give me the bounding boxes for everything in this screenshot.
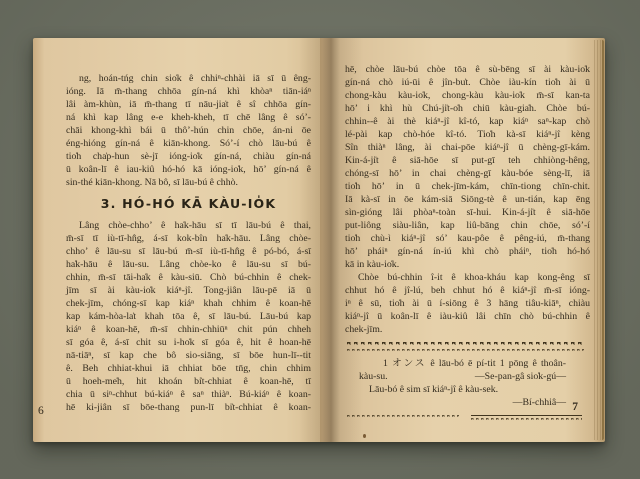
text-line: ng, hoán-tńg chin sio̍k ê chhiⁿ-chhài iā… bbox=[66, 72, 311, 85]
section-heading: 3. HÓ-HÓ KĀ KÀU-IO̍K bbox=[66, 197, 311, 210]
left-paragraph-2: Lâng chòe-chho’ ê ha̍k-hāu sī tī lāu-bú … bbox=[66, 219, 311, 414]
text-line: chia ū siⁿ-chhut bú-kiáⁿ ê saⁿ thiàⁿ. Bú… bbox=[66, 388, 311, 401]
right-paragraph-2: Chòe bú-chhin î-it ê khoa-kháu kap kong-… bbox=[345, 271, 590, 336]
text-line: ū koân-lī ê iau-kiû hó-hó kā ióng-io̍k, … bbox=[66, 163, 311, 176]
divider-segment-left bbox=[347, 415, 459, 421]
text-line: ha̍k-hāu ê lāu-su. Lâng chòe-ko ê lāu-su… bbox=[66, 258, 311, 271]
quote-1-attribution: —Se-pan-gâ sio̍k-gú— bbox=[475, 370, 566, 383]
text-line: kiáⁿ-jî ū koân-lī ê iàu-kiû lâi chīn chò… bbox=[345, 310, 590, 323]
text-line: chhut hó ê jî-lú, beh chhut hó ê kiáⁿ-jî… bbox=[345, 284, 590, 297]
text-line: nā-tiāⁿ, sī kap che bô sio-siāng, sī bōe… bbox=[66, 349, 311, 362]
text-line: hō’ i khì hù Chú-ji̍t-o̍h chiū kàu-gia̍h… bbox=[345, 102, 590, 115]
text-line: chāi khong-khì bái ū thô’-hún chin chōe,… bbox=[66, 124, 311, 137]
text-line: kap kám-hòa-la̍t khah tōa ê, sī lāu-bú. … bbox=[66, 310, 311, 323]
left-page: ng, hoán-tńg chin sio̍k ê chhiⁿ-chhài iā… bbox=[33, 38, 320, 442]
straight-rule bbox=[471, 415, 583, 416]
zigzag-line-thin bbox=[347, 415, 459, 418]
text-line: tio̍h chù-ì kiáⁿ-jî só’ kau-pôe ê pêng-i… bbox=[345, 232, 590, 245]
text-line: chong-kàu kàu-io̍k, chong-kàu kàu-io̍k m… bbox=[345, 89, 590, 102]
text-line: hē ki-jiân sī bōe-thang pun-lī bi̍t-chhi… bbox=[66, 401, 311, 414]
quote-2-attribution: —Bí-chhiâ— bbox=[359, 396, 566, 409]
left-paragraph-1: ng, hoán-tńg chin sio̍k ê chhiⁿ-chhài iā… bbox=[66, 72, 311, 189]
text-line: chhin, m̄-sī tāi-ha̍k ê kàu-siū. Chò bú-… bbox=[66, 271, 311, 284]
text-line: lé-pài kap chò-hóe kî-tó. Tio̍h kà-sī ki… bbox=[345, 128, 590, 141]
text-line: chek-jīm, chóng-sī kap kiáⁿ khah chhim ê… bbox=[66, 297, 311, 310]
text-line: Kin-á-ji̍t ê siā-hōe sī put-gī teh chhiò… bbox=[345, 154, 590, 167]
text-line: lâi àm-khùn, iā m̄-thang tī nāu-jia̍t ê … bbox=[66, 98, 311, 111]
right-page-text-column: hē, chòe lāu-bú chòe tōa ê sù-bēng sī ài… bbox=[320, 38, 605, 442]
text-line: jīm sī ài kàu-io̍k kiáⁿ-jî. Tong-jiân lā… bbox=[66, 284, 311, 297]
zigzag-line-thin bbox=[471, 418, 583, 421]
text-line: sin-thé kiān-khong. Nā bô, sī lāu-bú ê c… bbox=[66, 176, 311, 189]
text-line: gín-ná chò iú-ūi ê jîn-bu̍t. Chòe iàu-kí… bbox=[345, 76, 590, 89]
zigzag-line-thin bbox=[347, 349, 584, 352]
page-number-right: 7 bbox=[572, 401, 578, 414]
left-page-text-column: ng, hoán-tńg chin sio̍k ê chhiⁿ-chhài iā… bbox=[33, 38, 320, 442]
quote-1-line-1: 1 オンス ê lāu-bó ē pí-tit 1 pōng ê thoân- bbox=[359, 357, 566, 370]
text-line: kā in kàu-io̍k. bbox=[345, 258, 590, 271]
text-line: chhin--ê ài thè kiáⁿ-jî kî-tó, kap kiáⁿ … bbox=[345, 115, 590, 128]
text-line: tio̍h hō’ in ū chek-jīm-kám, chīn-tiong … bbox=[345, 180, 590, 193]
text-line: chek-jīm. bbox=[345, 323, 590, 336]
page-edge-stack bbox=[594, 40, 604, 440]
text-line: iⁿ ê sū, tio̍h ài ū í-siōng ê 3 hāng tiâ… bbox=[345, 297, 590, 310]
text-line: put-liông siàu-liân, kap liû-bāng chin c… bbox=[345, 219, 590, 232]
page-number-left: 6 bbox=[38, 405, 44, 418]
photo-backdrop: ng, hoán-tńg chin sio̍k ê chhiⁿ-chhài iā… bbox=[0, 0, 640, 479]
divider-segment-right bbox=[471, 415, 583, 421]
zigzag-line-heavy bbox=[347, 342, 584, 347]
text-line: hō’ pháiⁿ gín-ná ín-iú khì chò pháiⁿ, ti… bbox=[345, 245, 590, 258]
text-line: m̄-sī tī iù-tī-hn̂g, á-sī kok-bîn ha̍k-h… bbox=[66, 232, 311, 245]
zigzag-divider-top bbox=[347, 342, 584, 352]
text-line: kiáⁿ ê koan-hē, m̄-sī chhin-chhiūⁿ chit … bbox=[66, 323, 311, 336]
open-book: ng, hoán-tńg chin sio̍k ê chhiⁿ-chhài iā… bbox=[33, 38, 605, 442]
text-line: ióng. Iā m̄-thang chhōa gín-ná khì khòaⁿ… bbox=[66, 85, 311, 98]
text-line: éng-hióng gín-ná ê kiān-khong. Só’-í chò… bbox=[66, 137, 311, 150]
text-line: Iā kà-sī in ōe kám-siā Siōng-tè ê un-tiá… bbox=[345, 193, 590, 206]
ink-speck bbox=[363, 434, 366, 438]
text-line: Chòe bú-chhin î-it ê khoa-kháu kap kong-… bbox=[345, 271, 590, 284]
text-line: chóng-sī hō’ in chai chèng-gī kàu-bóe sè… bbox=[345, 167, 590, 180]
text-line: tio̍h cha̍p-hun sè-jī ióng-io̍k gín-ná, … bbox=[66, 150, 311, 163]
text-line: ū hoeh-me̍h, hit khoán bi̍t-chhiat ê koa… bbox=[66, 375, 311, 388]
quote-2-text: Lāu-bó ê sim sī kiáⁿ-jî ê kàu-sek. bbox=[359, 383, 566, 396]
text-line: sī góa ê, á-sī chit su i-ho̍k sī góa ê, … bbox=[66, 336, 311, 349]
right-page: hē, chòe lāu-bú chòe tōa ê sù-bēng sī ài… bbox=[320, 38, 605, 442]
text-line: hē, chòe lāu-bú chòe tōa ê sù-bēng sī ài… bbox=[345, 63, 590, 76]
text-line: ê. Beh chhiat-khui iā chhiat bōe tn̄g, c… bbox=[66, 362, 311, 375]
quote-block: 1 オンス ê lāu-bó ē pí-tit 1 pōng ê thoân- … bbox=[359, 357, 566, 409]
text-line: Lâng chòe-chho’ ê ha̍k-hāu sī tī lāu-bú … bbox=[66, 219, 311, 232]
text-line: ná khì kap lâng e-e kheh-kheh, tī chē lâ… bbox=[66, 111, 311, 124]
quote-1-continuation: kàu-su. bbox=[359, 370, 388, 383]
text-line: Sîn thiàⁿ lâng, ài chai-pōe kiáⁿ-jî ū ch… bbox=[345, 141, 590, 154]
right-paragraph-1: hē, chòe lāu-bú chòe tōa ê sù-bēng sī ài… bbox=[345, 63, 590, 271]
text-line: chho’ ê lāu-su sī lāu-bú m̄-sī iù-tī-hn̂… bbox=[66, 245, 311, 258]
zigzag-divider-bottom bbox=[347, 415, 582, 421]
text-line: sìn-gióng lâi phòaⁿ-toàn sī-hui. Kin-á-j… bbox=[345, 206, 590, 219]
quote-1-line-2: kàu-su. —Se-pan-gâ sio̍k-gú— bbox=[359, 370, 566, 383]
